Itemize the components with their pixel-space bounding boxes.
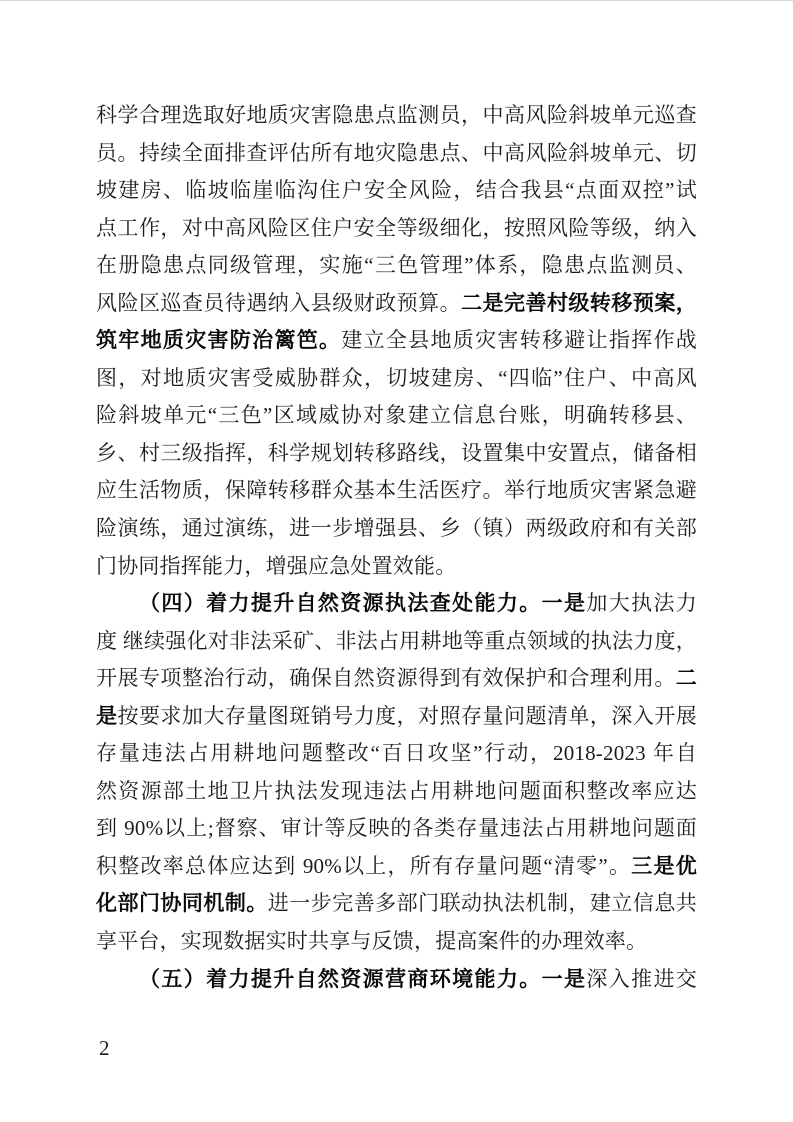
text-segment: 积整改率总体应达到 90%以上，所有存量问题“清零”。	[96, 854, 631, 878]
text-segment: 开展专项整治行动，确保自然资源得到有效保护和合理利用。	[96, 666, 676, 690]
text-line: 坡建房、临坡临崖临沟住户安全风险，结合我县“点面双控”试	[96, 172, 697, 210]
paragraph: 科学合理选取好地质灾害隐患点监测员，中高风险斜坡单元巡查员。持续全面排查评估所有…	[96, 97, 697, 585]
text-segment: 深入推进交	[586, 967, 697, 991]
text-line: 度 继续强化对非法采矿、非法占用耕地等重点领域的执法力度，	[96, 623, 697, 661]
bold-text-segment: 三是优	[631, 854, 697, 878]
text-line: 点工作，对中高风险区住户安全等级细化，按照风险等级，纳入	[96, 210, 697, 248]
bold-text-segment: 化部门协同机制。	[96, 891, 268, 915]
text-segment: 科学合理选取好地质灾害隐患点监测员，中高风险斜坡单元巡查	[96, 103, 697, 127]
text-segment: 建立全县地质灾害转移避让指挥作战	[341, 328, 697, 352]
text-segment: 然资源部土地卫片执法发现违法占用耕地问题面积整改率应达	[96, 779, 697, 803]
text-segment: 门协同指挥能力，增强应急处置效能。	[96, 554, 456, 578]
text-segment: 存量违法占用耕地问题整改“百日攻坚”行动，2018-2023 年自	[96, 741, 697, 765]
text-line: 享平台，实现数据实时共享与反馈，提高案件的办理效率。	[96, 923, 697, 961]
text-line: 科学合理选取好地质灾害隐患点监测员，中高风险斜坡单元巡查	[96, 97, 697, 135]
text-line: 在册隐患点同级管理，实施“三色管理”体系，隐患点监测员、	[96, 247, 697, 285]
text-segment: 在册隐患点同级管理，实施“三色管理”体系，隐患点监测员、	[96, 253, 697, 277]
paragraph: （四）着力提升自然资源执法查处能力。一是加大执法力度 继续强化对非法采矿、非法占…	[96, 585, 697, 960]
text-segment: 图，对地质灾害受威胁群众，切坡建房、“四临”住户、中高风	[96, 366, 697, 390]
text-segment: 享平台，实现数据实时共享与反馈，提高案件的办理效率。	[96, 929, 647, 953]
bold-text-segment: 二	[676, 666, 697, 690]
bold-text-segment: （五）着力提升自然资源营商环境能力。一是	[139, 967, 586, 991]
text-line: 是按要求加大存量图斑销号力度，对照存量问题清单，深入开展	[96, 698, 697, 736]
text-line: 存量违法占用耕地问题整改“百日攻坚”行动，2018-2023 年自	[96, 735, 697, 773]
text-segment: 度 继续强化对非法采矿、非法占用耕地等重点领域的执法力度，	[96, 629, 697, 653]
bold-text-segment: 二是完善村级转移预案，	[461, 291, 697, 315]
text-segment: 进一步完善多部门联动执法机制，建立信息共	[268, 891, 697, 915]
text-line: （五）着力提升自然资源营商环境能力。一是深入推进交	[96, 961, 697, 999]
text-line: 积整改率总体应达到 90%以上，所有存量问题“清零”。三是优	[96, 848, 697, 886]
text-segment: 险斜坡单元“三色”区域威协对象建立信息台账，明确转移县、	[96, 403, 697, 427]
text-segment: 员。持续全面排查评估所有地灾隐患点、中高风险斜坡单元、切	[96, 141, 697, 165]
text-line: （四）着力提升自然资源执法查处能力。一是加大执法力	[96, 585, 697, 623]
bold-text-segment: 筑牢地质灾害防治篱笆。	[96, 328, 341, 352]
text-segment: 点工作，对中高风险区住户安全等级细化，按照风险等级，纳入	[96, 216, 697, 240]
text-segment: 加大执法力	[586, 591, 697, 615]
text-line: 筑牢地质灾害防治篱笆。建立全县地质灾害转移避让指挥作战	[96, 322, 697, 360]
text-segment: 按要求加大存量图斑销号力度，对照存量问题清单，深入开展	[117, 704, 697, 728]
text-segment: 险演练，通过演练，进一步增强县、乡（镇）两级政府和有关部	[96, 516, 697, 540]
text-line: 风险区巡查员待遇纳入县级财政预算。二是完善村级转移预案，	[96, 285, 697, 323]
text-line: 员。持续全面排查评估所有地灾隐患点、中高风险斜坡单元、切	[96, 135, 697, 173]
text-segment: 应生活物质，保障转移群众基本生活医疗。举行地质灾害紧急避	[96, 478, 697, 502]
text-line: 乡、村三级指挥，科学规划转移路线，设置集中安置点，储备相	[96, 435, 697, 473]
text-segment: 到 90%以上;督察、审计等反映的各类存量违法占用耕地问题面	[96, 816, 697, 840]
page-number: 2	[99, 1034, 110, 1062]
text-line: 应生活物质，保障转移群众基本生活医疗。举行地质灾害紧急避	[96, 472, 697, 510]
bold-text-segment: （四）着力提升自然资源执法查处能力。一是	[139, 591, 586, 615]
document-page: 科学合理选取好地质灾害隐患点监测员，中高风险斜坡单元巡查员。持续全面排查评估所有…	[0, 0, 793, 1122]
text-line: 险演练，通过演练，进一步增强县、乡（镇）两级政府和有关部	[96, 510, 697, 548]
bold-text-segment: 是	[96, 704, 117, 728]
text-line: 开展专项整治行动，确保自然资源得到有效保护和合理利用。二	[96, 660, 697, 698]
text-segment: 风险区巡查员待遇纳入县级财政预算。	[96, 291, 461, 315]
text-line: 到 90%以上;督察、审计等反映的各类存量违法占用耕地问题面	[96, 810, 697, 848]
paragraph: （五）着力提升自然资源营商环境能力。一是深入推进交	[96, 961, 697, 999]
text-line: 险斜坡单元“三色”区域威协对象建立信息台账，明确转移县、	[96, 397, 697, 435]
text-line: 图，对地质灾害受威胁群众，切坡建房、“四临”住户、中高风	[96, 360, 697, 398]
document-body: 科学合理选取好地质灾害隐患点监测员，中高风险斜坡单元巡查员。持续全面排查评估所有…	[96, 97, 697, 998]
text-line: 然资源部土地卫片执法发现违法占用耕地问题面积整改率应达	[96, 773, 697, 811]
text-line: 化部门协同机制。进一步完善多部门联动执法机制，建立信息共	[96, 885, 697, 923]
text-line: 门协同指挥能力，增强应急处置效能。	[96, 548, 697, 586]
text-segment: 乡、村三级指挥，科学规划转移路线，设置集中安置点，储备相	[96, 441, 697, 465]
text-segment: 坡建房、临坡临崖临沟住户安全风险，结合我县“点面双控”试	[96, 178, 697, 202]
